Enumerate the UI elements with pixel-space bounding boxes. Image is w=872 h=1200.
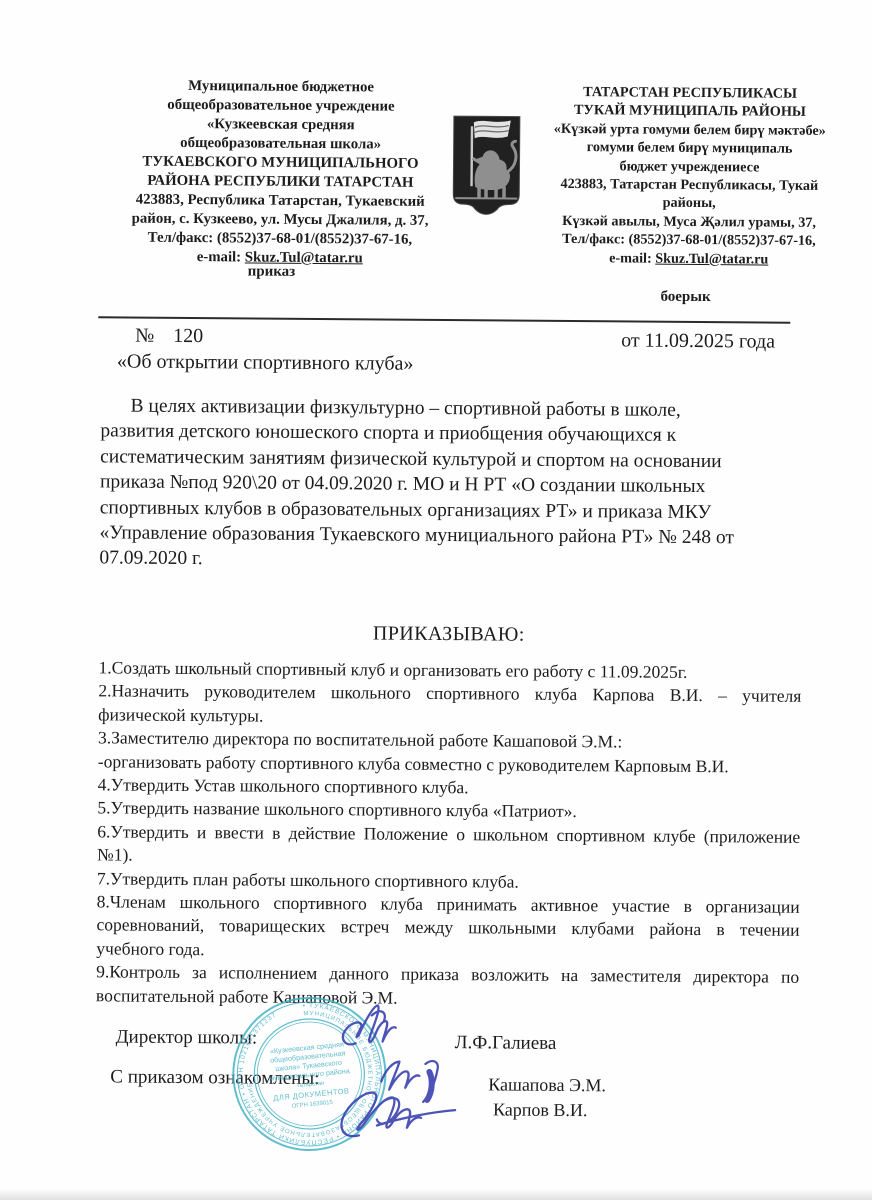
preamble-line: 07.09.2020 г. — [99, 546, 805, 577]
header-email-line: e-mail: Skuz.Tul@tatar.ru — [515, 248, 863, 269]
director-signature — [343, 1005, 396, 1044]
email-label: e-mail: — [609, 250, 655, 266]
resolution-heading: ПРИКАЗЫВАЮ: — [99, 620, 799, 648]
order-date: от 11.09.2025 года — [621, 329, 775, 353]
ack-signature-1 — [381, 1061, 438, 1102]
ack-signature-2 — [341, 1092, 455, 1137]
header-line: Тел/факс: (8552)37-68-01/(8552)37-67-16, — [515, 230, 863, 251]
order-number: 120 — [173, 325, 203, 348]
header-line: Тел/факс: (8552)37-68-01/(8552)37-67-16, — [105, 228, 455, 250]
order-label-ru: приказ — [248, 263, 296, 280]
email-label: e-mail: — [197, 249, 245, 265]
header-org-russian: Муниципальное бюджетное общеобразователь… — [105, 76, 456, 269]
order-title: «Об открытии спортивного клуба» — [117, 350, 414, 375]
order-items-list: 1.Создать школьный спортивный клуб и орг… — [96, 656, 802, 1013]
handwritten-signatures — [325, 985, 478, 1156]
acknowledged-name: Кашапова Э.М. — [488, 1074, 606, 1096]
acknowledged-name: Карпов В.И. — [493, 1099, 588, 1121]
order-label-tat: боерык — [660, 289, 710, 306]
scanned-order-document: Муниципальное бюджетное общеобразователь… — [0, 0, 872, 1200]
scan-edge-shadow — [0, 1189, 872, 1200]
coat-of-arms-icon — [450, 114, 523, 217]
header-line: 423883, Татарстан Республикасы, Тукай — [515, 175, 863, 196]
email-link-right[interactable]: Skuz.Tul@tatar.ru — [655, 250, 768, 267]
scan-skew-wrapper: Муниципальное бюджетное общеобразователь… — [0, 0, 872, 1200]
order-number-sign: № — [135, 325, 154, 348]
header-line: «Күзкәй урта гомуми белем бирү мәктәбе» — [516, 119, 864, 140]
horizontal-rule — [98, 316, 790, 323]
preamble-paragraph: В целях активизации физкультурно – спорт… — [99, 393, 806, 576]
header-org-tatar: ТАТАРСТАН РЕСПУБЛИКАСЫ ТУКАЙ МУНИЦИПАЛЬ … — [515, 83, 864, 270]
